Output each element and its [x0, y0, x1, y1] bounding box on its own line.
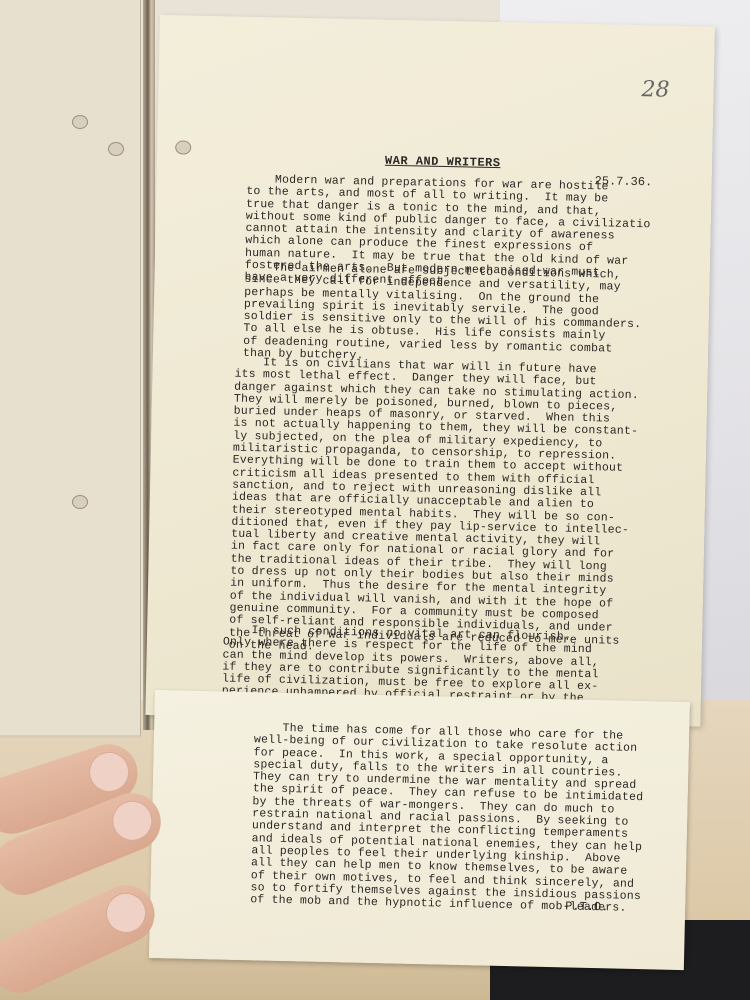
document-title: WAR AND WRITERS: [385, 154, 501, 170]
paragraph: The airmen alone are subject to conditio…: [243, 262, 643, 369]
fingernail: [84, 747, 134, 797]
paragraph: It is on civilians that war will in futu…: [229, 357, 640, 661]
fingernail: [106, 795, 158, 847]
binder-left-pages: [0, 0, 141, 738]
punch-hole: [175, 140, 191, 154]
folio-number: 28: [641, 77, 670, 103]
paragraph: The time has come for all those who care…: [250, 722, 645, 915]
punch-hole: [108, 142, 124, 156]
page-footer: P.T.O.: [565, 899, 609, 914]
typed-page: 28 WAR AND WRITERS 25.7.36. Modern war a…: [145, 15, 715, 726]
attached-slip: The time has come for all those who care…: [149, 690, 690, 970]
hand: [0, 745, 160, 1000]
fingernail: [99, 886, 152, 939]
punch-hole: [72, 495, 88, 509]
punch-hole: [72, 115, 88, 129]
photo-scene: 28 WAR AND WRITERS 25.7.36. Modern war a…: [0, 0, 750, 1000]
